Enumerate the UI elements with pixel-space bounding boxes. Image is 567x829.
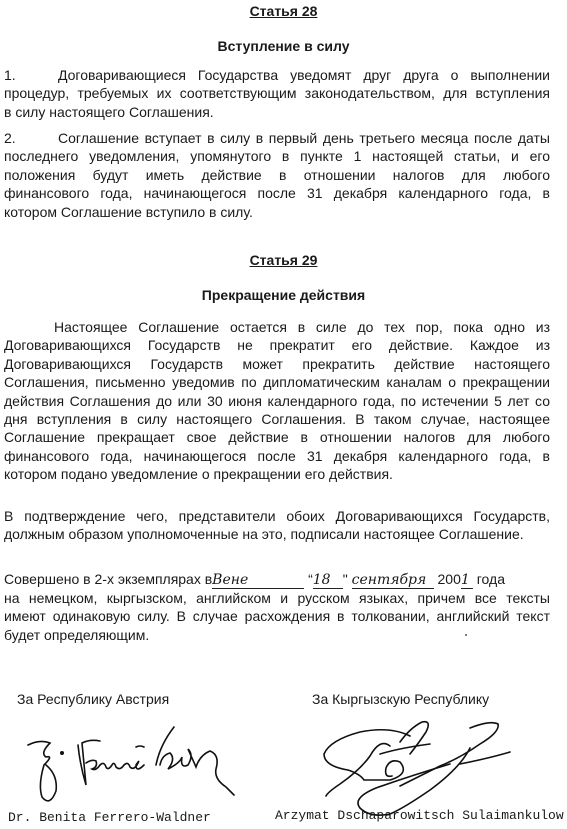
place-handwritten: Вене: [212, 572, 304, 589]
article-29-paragraph: Настоящее Соглашение остается в силе до …: [4, 318, 550, 484]
article-29-subtitle: Прекращение действия: [0, 287, 567, 303]
signatory-label-austria: За Республику Австрия: [17, 691, 169, 707]
paragraph-number: 1.: [4, 66, 58, 84]
day-handwritten: 18: [313, 572, 343, 589]
paragraph-number: 2.: [4, 129, 58, 147]
article-28-title: Статья 28: [0, 3, 567, 19]
month-handwritten: сентября: [352, 572, 434, 589]
done-clause: Совершено в 2-х экземплярах вВене “18" с…: [4, 570, 550, 644]
signatory-name-austria: Dr. Benita Ferrero-Waldner: [8, 810, 211, 825]
document-page: Статья 28 Вступление в силу 1.Договарива…: [0, 0, 567, 829]
signature-kyrgyzstan: [320, 718, 560, 818]
article-28-paragraph-1: 1.Договаривающиеся Государства уведомят …: [4, 66, 550, 121]
article-29-title: Статья 29: [0, 252, 567, 268]
year-digit-handwritten: 1: [461, 572, 473, 589]
witness-clause: В подтверждение чего, представители обои…: [4, 507, 550, 544]
article-28-paragraph-2: 2.Соглашение вступает в силу в первый де…: [4, 129, 550, 221]
signature-austria: [20, 725, 290, 815]
signatory-label-kyrgyzstan: За Кыргызскую Республику: [312, 691, 489, 707]
article-28-subtitle: Вступление в силу: [0, 38, 567, 54]
scan-speck: [465, 634, 467, 636]
signatory-name-kyrgyzstan: Arzymat Dschaparowitsch Sulaimankulow: [275, 808, 564, 823]
